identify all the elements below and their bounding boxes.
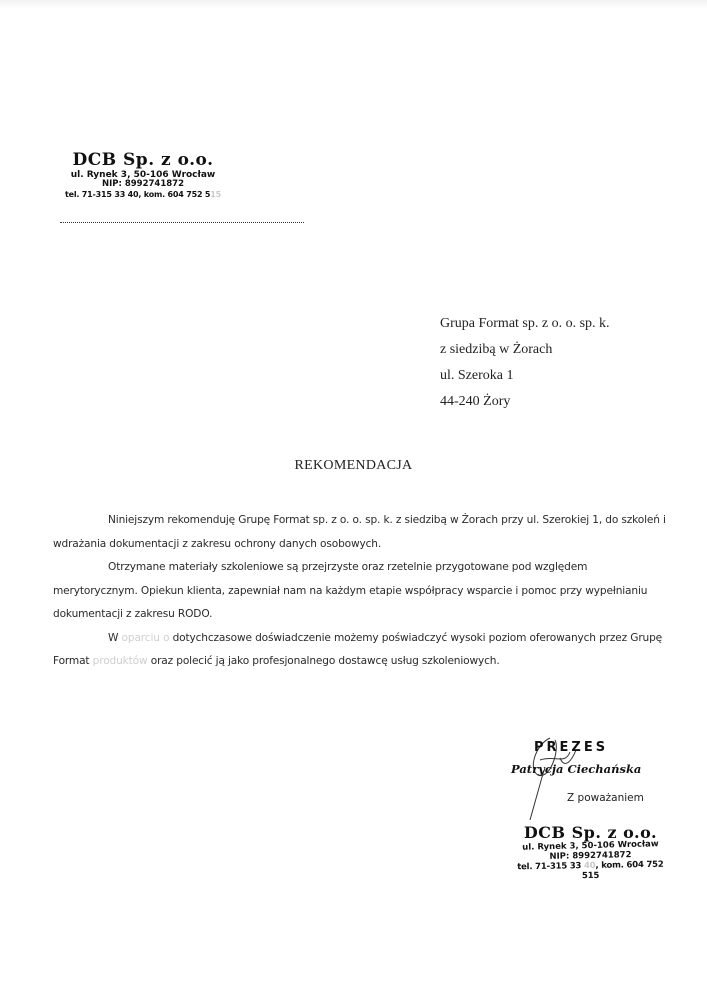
paragraph-1: Niniejszym rekomenduję Grupę Format sp. …: [53, 509, 673, 556]
recipient-line-3: ul. Szeroka 1: [440, 363, 610, 389]
footer-phone-faded: 40: [584, 860, 596, 870]
sender-phone-faded: 15: [210, 190, 221, 199]
sender-nip: NIP: 8992741872: [58, 180, 228, 190]
paragraph-3: W oparciu o dotychczasowe doświadczenie …: [53, 627, 673, 674]
paragraph-3-e: oraz polecić ją jako profesjonalnego dos…: [148, 655, 500, 667]
document-title: REKOMENDACJA: [0, 458, 707, 474]
signatory-role: PREZES: [534, 740, 608, 755]
sender-stamp: DCB Sp. z o.o. ul. Rynek 3, 50-106 Wrocł…: [58, 150, 228, 199]
sender-company-name: DCB Sp. z o.o.: [58, 150, 228, 170]
recipient-address: Grupa Format sp. z o. o. sp. k. z siedzi…: [440, 311, 610, 415]
recipient-line-1: Grupa Format sp. z o. o. sp. k.: [440, 311, 610, 337]
scan-edge: [0, 0, 707, 8]
paragraph-2: Otrzymane materiały szkoleniowe są przej…: [53, 556, 673, 627]
footer-stamp: DCB Sp. z o.o. ul. Rynek 3, 50-106 Wrocł…: [508, 823, 673, 881]
recipient-line-2: z siedzibą w Żorach: [440, 337, 610, 363]
footer-phone: tel. 71-315 33 40, kom. 604 752 515: [508, 860, 673, 882]
paragraph-3-d: produktów: [93, 655, 148, 667]
signature-block: PREZES Patrycja Ciechańska Z poważaniem: [480, 740, 680, 820]
paragraph-3-b: oparciu o: [122, 632, 173, 644]
closing-phrase: Z poważaniem: [567, 792, 644, 804]
paragraph-3-a: W: [108, 632, 122, 644]
recipient-line-4: 44-240 Żory: [440, 389, 610, 415]
sender-phone: tel. 71-315 33 40, kom. 604 752 515: [58, 190, 228, 199]
sender-phone-text: tel. 71-315 33 40, kom. 604 752 5: [65, 190, 210, 199]
letter-body: Niniejszym rekomenduję Grupę Format sp. …: [53, 509, 673, 674]
signature-dotted-line: [60, 222, 304, 223]
signatory-name: Patrycja Ciechańska: [511, 762, 641, 776]
footer-phone-a: tel. 71-315 33: [517, 861, 584, 872]
